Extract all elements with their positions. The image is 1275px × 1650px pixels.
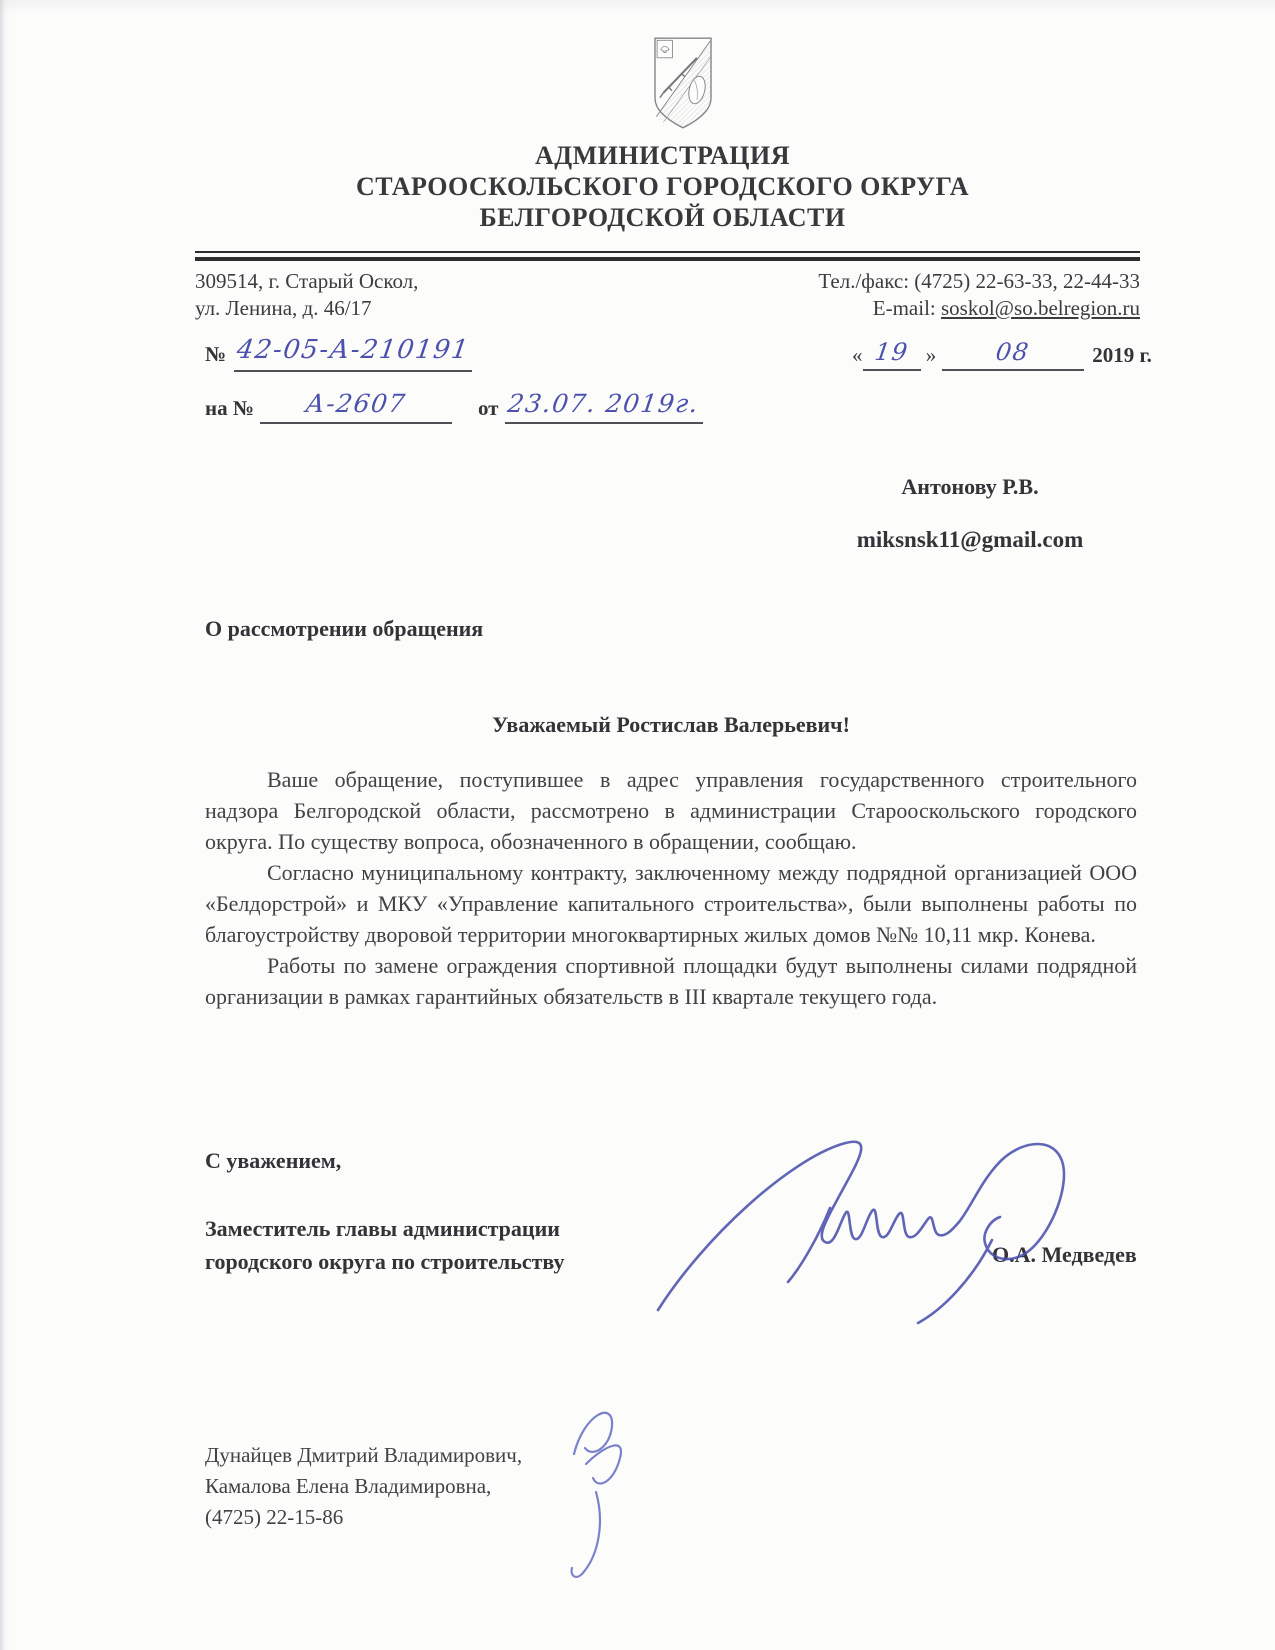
reply-from-label: от: [478, 396, 499, 420]
outgoing-number-value: 42-05-А-210191: [235, 335, 472, 365]
letterhead-divider: [195, 251, 1140, 261]
closing-regards: С уважением,: [205, 1148, 341, 1174]
org-name-line2: СТАРООСКОЛЬСКОГО ГОРОДСКОГО ОКРУГА: [200, 171, 1125, 202]
subject-line: О рассмотрении обращения: [205, 616, 483, 642]
signer-title: Заместитель главы администрации городско…: [205, 1212, 565, 1278]
addressee-email: miksnsk11@gmail.com: [800, 527, 1140, 553]
letter-date-row: «19 »082019 г.: [852, 340, 1142, 371]
outgoing-number-label: №: [205, 342, 226, 366]
org-name-line1: АДМИНИСТРАЦИЯ: [200, 140, 1125, 171]
reply-number-line: А-2607: [260, 392, 452, 424]
org-phone: Тел./факс: (4725) 22-63-33, 22-44-33: [818, 268, 1140, 295]
initials-scribble: [552, 1392, 647, 1592]
date-day-value: 19: [873, 338, 910, 366]
org-email: soskol@so.belregion.ru: [941, 296, 1140, 320]
outgoing-number-line: 42-05-А-210191: [234, 338, 472, 372]
executor-contacts: Дунайцев Дмитрий Владимирович, Камалова …: [205, 1440, 522, 1533]
addressee-block: Антонову Р.В. miksnsk11@gmail.com: [800, 474, 1140, 553]
salutation: Уважаемый Ростислав Валерьевич!: [205, 712, 1137, 738]
executor-line1: Дунайцев Дмитрий Владимирович,: [205, 1440, 522, 1471]
outgoing-number-row: №42-05-А-210191: [205, 338, 472, 372]
reply-number-value: А-2607: [304, 389, 408, 418]
date-close-quote: »: [926, 343, 937, 367]
date-year: 2019 г.: [1092, 343, 1152, 367]
signature-scribble: [650, 1118, 1130, 1333]
signer-title-line1: Заместитель главы администрации: [205, 1212, 565, 1245]
org-email-label: E-mail:: [873, 296, 941, 320]
date-month-line: 08: [942, 340, 1084, 371]
reply-date-line: 23.07. 2019г.: [505, 392, 703, 424]
body-paragraph-3: Работы по замене ограждения спортивной п…: [205, 950, 1137, 1012]
org-address-line2: ул. Ленина, д. 46/17: [195, 295, 418, 322]
executor-line2: Камалова Елена Владимировна,: [205, 1471, 522, 1502]
coat-of-arms-icon: [648, 32, 718, 134]
scan-edge-artifact: [0, 0, 10, 1650]
date-month-value: 08: [995, 338, 1032, 366]
org-address: 309514, г. Старый Оскол, ул. Ленина, д. …: [195, 268, 418, 322]
reply-date-value: 23.07. 2019г.: [506, 389, 701, 418]
body-paragraph-1: Ваше обращение, поступившее в адрес упра…: [205, 764, 1137, 857]
date-open-quote: «: [852, 343, 863, 367]
addressee-name: Антонову Р.В.: [800, 474, 1140, 500]
org-address-line1: 309514, г. Старый Оскол,: [195, 268, 418, 295]
signer-title-line2: городского округа по строительству: [205, 1245, 565, 1278]
letter-page: АДМИНИСТРАЦИЯ СТАРООСКОЛЬСКОГО ГОРОДСКОГ…: [0, 0, 1275, 1650]
reply-label: на №: [205, 396, 254, 420]
org-contacts: Тел./факс: (4725) 22-63-33, 22-44-33 E-m…: [818, 268, 1140, 322]
executor-phone: (4725) 22-15-86: [205, 1502, 522, 1533]
body-paragraph-2: Согласно муниципальному контракту, заклю…: [205, 857, 1137, 950]
date-day-line: 19: [863, 340, 921, 371]
org-name-block: АДМИНИСТРАЦИЯ СТАРООСКОЛЬСКОГО ГОРОДСКОГ…: [200, 140, 1125, 233]
reply-reference-row: на №А-2607от23.07. 2019г.: [205, 392, 703, 424]
letterhead-info-row: 309514, г. Старый Оскол, ул. Ленина, д. …: [195, 268, 1140, 322]
org-name-line3: БЕЛГОРОДСКОЙ ОБЛАСТИ: [200, 202, 1125, 233]
scan-top-artifact: [0, 0, 1275, 14]
org-email-line: E-mail: soskol@so.belregion.ru: [818, 295, 1140, 322]
letter-body: Ваше обращение, поступившее в адрес упра…: [205, 764, 1137, 1012]
